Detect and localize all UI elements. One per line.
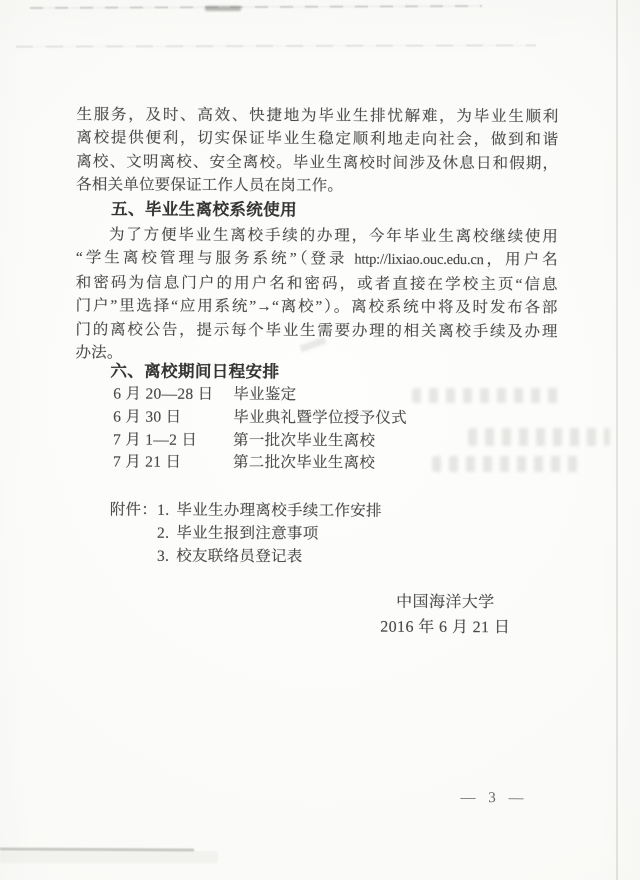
schedule-row: 7 月 21 日第二批次毕业生离校 xyxy=(113,452,407,476)
section-6-heading: 六、离校期间日程安排 xyxy=(110,359,279,384)
attachment-title: 毕业生报到注意事项 xyxy=(176,525,318,543)
text-segment: “学生离校管理与服务系统”（登录 xyxy=(76,250,355,268)
attachment-number: 3. xyxy=(157,545,169,568)
attachment-item: 2.毕业生报到注意事项 xyxy=(157,522,382,546)
text-line: 生服务，及时、高效、快捷地为毕业生排忧解难，为毕业生顺利 xyxy=(76,103,558,129)
scanned-document-page: 生服务，及时、高效、快捷地为毕业生排忧解难，为毕业生顺利 离校提供便利，切实保证… xyxy=(0,0,640,880)
text-segment: ，用户名 xyxy=(484,252,558,269)
text-line: 门户”里选择“应用系统”→“离校”）。离校系统中将及时发布各部 xyxy=(76,295,558,321)
schedule-row: 6 月 30 日毕业典礼暨学位授予仪式 xyxy=(113,406,407,430)
paragraph-continuation: 生服务，及时、高效、快捷地为毕业生排忧解难，为毕业生顺利 离校提供便利，切实保证… xyxy=(76,103,558,199)
attachments-label: 附件： xyxy=(110,498,158,567)
schedule-event: 毕业典礼暨学位授予仪式 xyxy=(233,409,407,427)
text-line: 离校提供便利，切实保证毕业生稳定顺利地走向社会，做到和谐 xyxy=(76,127,558,153)
text-line: 和密码为信息门户的用户名和密码，或者直接在学校主页“信息 xyxy=(76,271,558,297)
attachments-block: 附件： 1.毕业生办理离校手续工作安排 2.毕业生报到注意事项 3.校友联络员登… xyxy=(110,498,382,568)
text-line: 各相关单位要保证工作人员在岗工作。 xyxy=(76,174,558,200)
schedule-row: 6 月 20—28 日毕业鉴定 xyxy=(113,383,407,407)
attachment-number: 2. xyxy=(157,522,169,545)
attachment-number: 1. xyxy=(157,499,169,522)
text-line: 离校、文明离校、安全离校。毕业生离校时间涉及休息日和假期， xyxy=(76,150,558,176)
signature-block: 中国海洋大学 2016 年 6 月 21 日 xyxy=(335,590,555,640)
schedule-event: 毕业鉴定 xyxy=(233,386,296,403)
schedule-row: 7 月 1—2 日第一批次毕业生离校 xyxy=(113,429,407,453)
schedule-date: 7 月 21 日 xyxy=(113,452,233,475)
attachments-items: 1.毕业生办理离校手续工作安排 2.毕业生报到注意事项 3.校友联络员登记表 xyxy=(157,499,382,569)
attachment-title: 校友联络员登记表 xyxy=(176,548,302,566)
schedule-date: 7 月 1—2 日 xyxy=(113,429,233,452)
text-line: 门的离校公告，提示每个毕业生需要办理的相关离校手续及办理 xyxy=(76,318,558,344)
attachment-item: 3.校友联络员登记表 xyxy=(157,545,382,569)
signature-date: 2016 年 6 月 21 日 xyxy=(335,615,555,641)
attachment-item: 1.毕业生办理离校手续工作安排 xyxy=(157,499,382,523)
text-line: 为了方便毕业生离校手续的办理，今年毕业生离校继续使用 xyxy=(76,223,558,249)
schedule-date: 6 月 30 日 xyxy=(113,406,233,429)
document-content: 生服务，及时、高效、快捷地为毕业生排忧解难，为毕业生顺利 离校提供便利，切实保证… xyxy=(0,0,640,880)
lixiao-system-url: http://lixiao.ouc.edu.cn xyxy=(354,252,483,269)
schedule-event: 第一批次毕业生离校 xyxy=(233,432,375,450)
attachment-title: 毕业生办理离校手续工作安排 xyxy=(176,502,381,520)
signature-organization: 中国海洋大学 xyxy=(335,590,555,616)
section-5-heading: 五、毕业生离校系统使用 xyxy=(111,197,297,222)
schedule-date: 6 月 20—28 日 xyxy=(113,383,233,406)
page-number: — 3 — xyxy=(460,790,525,807)
text-line-with-url: “学生离校管理与服务系统”（登录 http://lixiao.ouc.edu.c… xyxy=(76,247,558,274)
schedule-event: 第二批次毕业生离校 xyxy=(233,454,375,472)
section-5-paragraph: 为了方便毕业生离校手续的办理，今年毕业生离校继续使用 “学生离校管理与服务系统”… xyxy=(75,223,558,367)
schedule-list: 6 月 20—28 日毕业鉴定 6 月 30 日毕业典礼暨学位授予仪式 7 月 … xyxy=(113,383,407,475)
